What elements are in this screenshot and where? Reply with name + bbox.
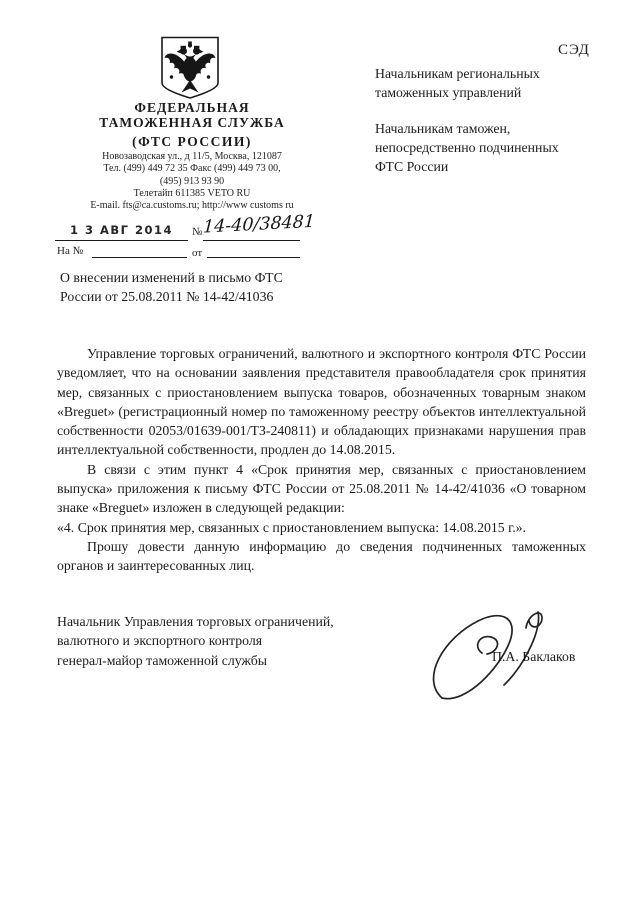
recipient-group: Начальникам таможен, непосредственно под…: [375, 119, 605, 177]
body-paragraph: Управление торговых ограничений, валютно…: [57, 344, 586, 460]
incoming-number-label: На №: [57, 245, 83, 257]
date-underline: [55, 240, 188, 241]
recipient-group: Начальникам региональных таможенных упра…: [375, 64, 605, 103]
signer-position: Начальник Управления торговых ограничени…: [57, 612, 377, 670]
recipient-line: Начальникам региональных: [375, 64, 605, 83]
sed-label: СЭД: [558, 42, 590, 59]
org-name: ФЕДЕРАЛЬНАЯ ТАМОЖЕННАЯ СЛУЖБА (ФТС РОССИ…: [40, 100, 344, 149]
signer-position-line: валютного и экспортного контроля: [57, 631, 377, 650]
number-underline: [203, 240, 300, 241]
subject-line: О внесении изменений в письмо ФТС России…: [60, 268, 300, 307]
letter-body: Управление торговых ограничений, валютно…: [57, 344, 586, 576]
address-line: (495) 913 93 90: [40, 176, 344, 188]
outgoing-number-handwritten: 14-40/38481: [203, 212, 304, 237]
recipient-line: непосредственно подчиненных: [375, 138, 605, 157]
incoming-date-underline: [207, 257, 300, 258]
signer-position-line: Начальник Управления торговых ограничени…: [57, 612, 377, 631]
recipient-line: Начальникам таможен,: [375, 119, 605, 138]
document-page: СЭД ФЕДЕРАЛЬН: [0, 0, 640, 905]
address-line: Новозаводская ул., д 11/5, Москва, 12108…: [40, 151, 344, 163]
address-line: Тел. (499) 449 72 35 Факс (499) 449 73 0…: [40, 163, 344, 175]
signer-position-line: генерал-майор таможенной службы: [57, 651, 377, 670]
recipient-line: таможенных управлений: [375, 83, 605, 102]
incoming-date-label: от: [192, 247, 202, 259]
body-paragraph: Прошу довести данную информацию до сведе…: [57, 537, 586, 576]
org-name-line3: (ФТС РОССИИ): [40, 134, 344, 149]
recipients: Начальникам региональных таможенных упра…: [375, 64, 605, 192]
incoming-number-underline: [92, 257, 187, 258]
body-paragraph: «4. Срок принятия мер, связанных с приос…: [57, 518, 586, 537]
body-paragraph: В связи с этим пункт 4 «Срок принятия ме…: [57, 460, 586, 518]
signer-name: П.А. Баклаков: [492, 649, 575, 665]
address-line: E-mail. fts@ca.customs.ru; http://www cu…: [40, 200, 344, 212]
org-name-line1: ФЕДЕРАЛЬНАЯ: [40, 100, 344, 115]
address-line: Телетайп 611385 VETO RU: [40, 188, 344, 200]
number-label: №: [192, 226, 203, 238]
org-name-line2: ТАМОЖЕННАЯ СЛУЖБА: [40, 115, 344, 130]
recipient-line: ФТС России: [375, 157, 605, 176]
org-address: Новозаводская ул., д 11/5, Москва, 12108…: [40, 151, 344, 212]
coat-of-arms-icon: [157, 36, 223, 100]
date-stamp: 1 3 АВГ 2014: [55, 223, 188, 237]
